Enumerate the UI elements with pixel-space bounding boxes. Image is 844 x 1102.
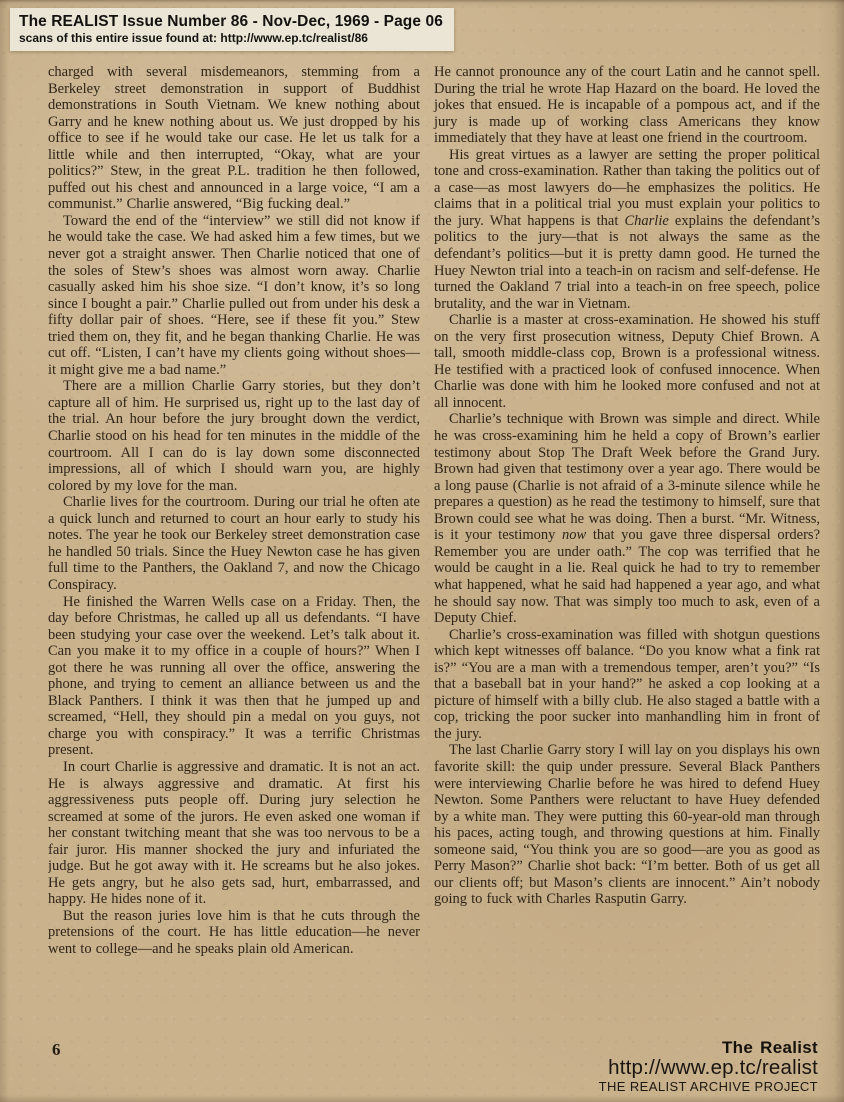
paragraph: But the reason juries love him is that h… — [48, 908, 420, 958]
paragraph: He cannot pronounce any of the court Lat… — [434, 64, 820, 147]
footer-archive-block: The Realist http://www.ep.tc/realist THE… — [599, 1038, 818, 1094]
article-body: charged with several misdemeanors, stemm… — [48, 64, 820, 1042]
paragraph: Charlie’s cross-examination was filled w… — [434, 627, 820, 743]
paragraph: There are a million Charlie Garry storie… — [48, 378, 420, 494]
paragraph: His great virtues as a lawyer are settin… — [434, 147, 820, 312]
paragraph: Charlie lives for the courtroom. During … — [48, 494, 420, 593]
paragraph: Toward the end of the “interview” we sti… — [48, 213, 420, 378]
paragraph: The last Charlie Garry story I will lay … — [434, 742, 820, 907]
paragraph: Charlie’s technique with Brown was simpl… — [434, 411, 820, 626]
footer-brand-name: The Realist — [599, 1038, 818, 1057]
page-number: 6 — [52, 1040, 61, 1060]
scanned-magazine-page: The REALIST Issue Number 86 - Nov-Dec, 1… — [0, 0, 844, 1102]
right-column: He cannot pronounce any of the court Lat… — [434, 64, 820, 1042]
paragraph: He finished the Warren Wells case on a F… — [48, 594, 420, 759]
paragraph: In court Charlie is aggressive and drama… — [48, 759, 420, 908]
paragraph: charged with several misdemeanors, stemm… — [48, 64, 420, 213]
header-scan-source-url: scans of this entire issue found at: htt… — [19, 31, 443, 45]
left-column: charged with several misdemeanors, stemm… — [48, 64, 420, 1042]
footer-archive-url: http://www.ep.tc/realist — [599, 1057, 818, 1079]
archive-header-banner: The REALIST Issue Number 86 - Nov-Dec, 1… — [10, 8, 454, 51]
header-issue-title: The REALIST Issue Number 86 - Nov-Dec, 1… — [19, 13, 443, 31]
paragraph: Charlie is a master at cross-examination… — [434, 312, 820, 411]
footer-project-name: THE REALIST ARCHIVE PROJECT — [599, 1079, 818, 1094]
